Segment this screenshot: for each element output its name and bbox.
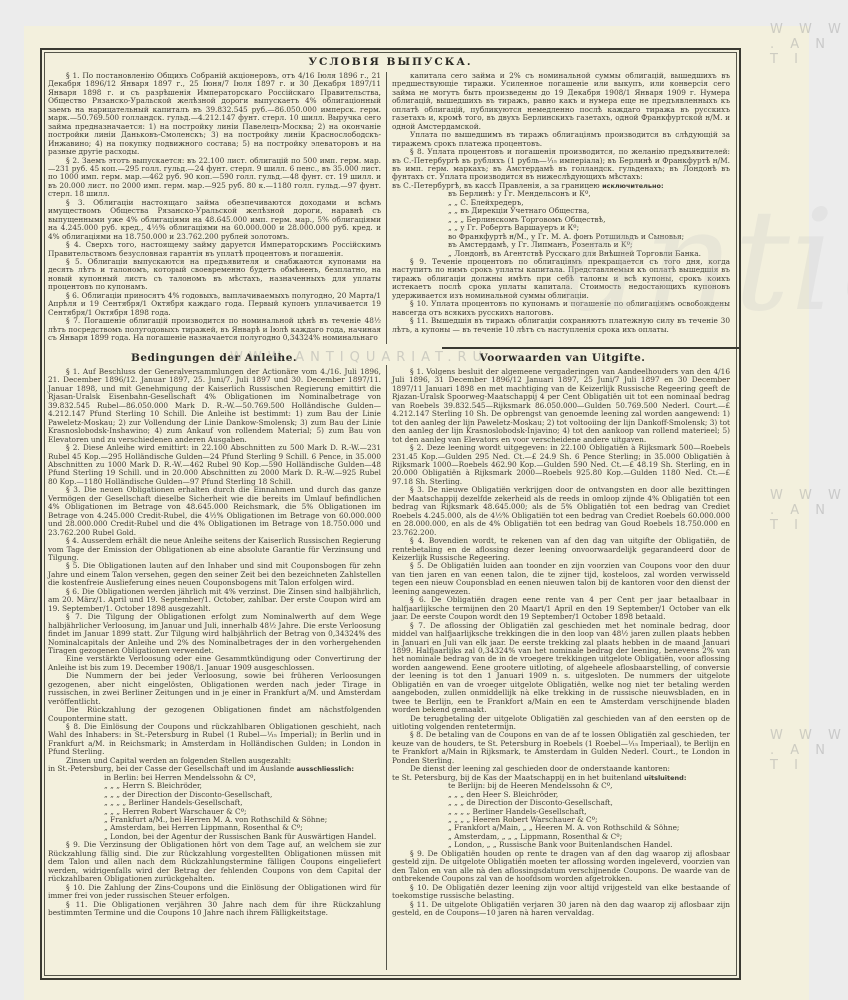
paragraph: § 10. Die Zahlung der Zins-Coupons und d… xyxy=(48,884,381,901)
paragraph: § 7. De aflossing der Obligatiën zal ges… xyxy=(392,622,730,715)
paragraph: § 3. De nieuwe Obligatiën verkrijgen doo… xyxy=(392,486,730,537)
russian-title: УСЛОВІЯ ВЫПУСКА. xyxy=(42,56,739,68)
paragraph: § 7. Die Tilgung der Obligationen erfolg… xyxy=(48,613,381,655)
paragraph: § 10. De Obligatiën dezer leening zijn v… xyxy=(392,884,730,901)
paragraph: Eine verstärkte Verloosung oder eine Ges… xyxy=(48,655,381,672)
paragraph: Die Rückzahlung der gezogenen Obligation… xyxy=(48,706,381,723)
paragraph: § 2. Заемъ этотъ выпускается: въ 22.100 … xyxy=(48,157,381,199)
paragraph: § 6. De Obligatiën dragen eene rente van… xyxy=(392,596,730,621)
payment-place: in Berlin: bei Herren Mendelssohn & Cº, xyxy=(48,774,381,782)
paragraph: § 4. Bovendien wordt, te rekenen van af … xyxy=(392,537,730,562)
paragraph: § 9. Die Verzinsung der Obligationen hör… xyxy=(48,841,381,883)
paragraph: § 1. Volgens besluit der algemeene verga… xyxy=(392,368,730,444)
paragraph: § 4. Ausserdem erhält die neue Anleihe s… xyxy=(48,537,381,562)
paragraph: § 11. Die Obligationen verjähren 30 Jahr… xyxy=(48,901,381,918)
paragraph: § 8. De betaling van de Coupons en van d… xyxy=(392,731,730,765)
watermark-corner-3: W W W . A N T I xyxy=(770,728,848,773)
paragraph: § 8. Die Einlösung der Coupons und rückz… xyxy=(48,723,381,757)
paragraph: § 6. Die Obligationen werden jährlich mi… xyxy=(48,588,381,613)
column-divider-ru xyxy=(386,72,387,344)
paragraph: § 5. Die Obligationen lauten auf den Inh… xyxy=(48,562,381,587)
dutch-column: § 1. Volgens besluit der algemeene verga… xyxy=(392,368,730,917)
paragraph: § 3. Облигаціи настоящаго займа обезпечи… xyxy=(48,199,381,241)
german-column: § 1. Auf Beschluss der Generalversammlun… xyxy=(48,368,381,917)
payment-place: te Berlijn: bij de Heeren Mendelssohn & … xyxy=(392,782,730,790)
paragraph: Уплата по вышедшимъ въ тиражъ облигаціям… xyxy=(392,131,730,148)
paragraph: § 4. Сверхъ того, настоящему займу даруе… xyxy=(48,241,381,258)
paragraph: § 8. Уплата процентовъ и погашенія произ… xyxy=(392,148,730,182)
paragraph: § 3. Die neuen Obligationen erhalten dur… xyxy=(48,486,381,537)
watermark-center: WWW.ANTIQUARIAT.RU xyxy=(230,350,488,365)
paragraph: § 6. Облигаціи приносятъ 4% годовыхъ, вы… xyxy=(48,292,381,317)
paragraph: § 2. Diese Anleihe wird emittirt: in 22.… xyxy=(48,444,381,486)
column-divider xyxy=(386,365,387,970)
paragraph: § 7. Погашеніе облигацій производится по… xyxy=(48,317,381,342)
paragraph: § 9. De Obligatiën houden op rente te dr… xyxy=(392,850,730,884)
watermark-corner: W W W . A N T I xyxy=(770,22,848,67)
paragraph: капитала сего займа и 2% съ номинальной … xyxy=(392,72,730,131)
paragraph: § 5. Облигаціи выпускаются на предъявите… xyxy=(48,258,381,292)
paragraph: § 5. De Obligatiën luiden aan toonder en… xyxy=(392,562,730,596)
paragraph: § 1. Auf Beschluss der Generalversammlun… xyxy=(48,368,381,444)
russian-left-column: § 1. По постановленію Общихъ Собраній ак… xyxy=(48,72,381,343)
paragraph: § 1. По постановленію Общихъ Собраній ак… xyxy=(48,72,381,157)
paragraph: § 11. De uitgelote Obligatiën verjaren 3… xyxy=(392,901,730,918)
watermark-corner-2: W W W . A N T I xyxy=(770,488,848,533)
paragraph: § 2. Deze leening wordt uitgegeven: in 2… xyxy=(392,444,730,486)
divider-right xyxy=(442,347,739,349)
divider xyxy=(42,347,382,349)
watermark-big: antiq xyxy=(560,180,848,343)
paragraph: Die Nummern der bei jeder Verloosung, so… xyxy=(48,672,381,706)
paragraph: De terugbetaling der uitgelote Obligatië… xyxy=(392,715,730,732)
